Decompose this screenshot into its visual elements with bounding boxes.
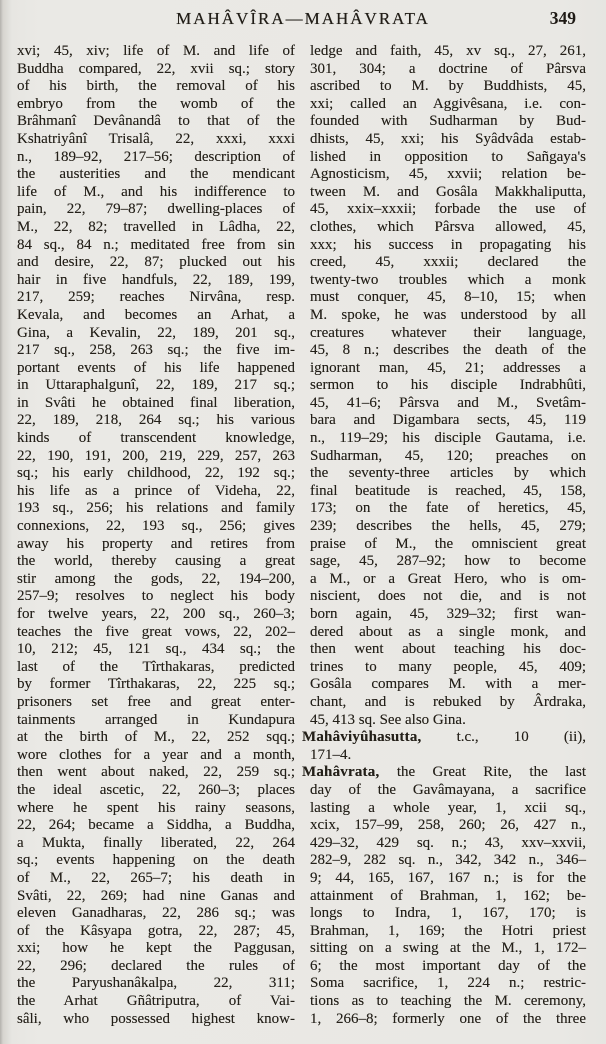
text-line: embryo from the womb of the — [17, 96, 295, 114]
text-line: portant events of his life happened — [17, 360, 295, 378]
text-line: 217, 259; reaches Nirvâna, resp. — [17, 289, 295, 307]
text-line: sq.; events happening on the death — [17, 852, 295, 870]
text-line: Agnosticism, 45, xxvii; relation be- — [310, 166, 586, 184]
text-line: 1, 266–8; formerly one of the three — [310, 1011, 586, 1029]
text-line: xvi; 45, xiv; life of M. and life of — [17, 43, 295, 61]
text-line: last of the Tîrthakaras, predicted — [17, 659, 295, 677]
text-line: sâli, who possessed highest know- — [17, 1011, 295, 1029]
text-line: 171–4. — [310, 747, 586, 765]
text-line: lasting a whole year, 1, xcii sq., — [310, 800, 586, 818]
text-line: of his birth, the removal of his — [17, 78, 295, 96]
text-line: sermon to his disciple Indrabhûti, — [310, 377, 586, 395]
text-line: of M., 22, 265–7; his death in — [17, 870, 295, 888]
text-line: kinds of transcendent knowledge, — [17, 430, 295, 448]
text-line: Soma sacrifice, 1, 224 n.; restric- — [310, 975, 586, 993]
text-line: a M., or a Great Hero, who is om- — [310, 571, 586, 589]
text-line: prisoners set free and great enter- — [17, 694, 295, 712]
text-line: final beatitude is reached, 45, 158, — [310, 483, 586, 501]
text-line: Buddha compared, 22, xvii sq.; story — [17, 61, 295, 79]
text-line: xcix, 157–99, 258, 260; 26, 427 n., — [310, 817, 586, 835]
text-line: longs to Indra, 1, 167, 170; is — [310, 905, 586, 923]
text-line: 22, 296; declared the rules of — [17, 958, 295, 976]
text-line: M., 22, 82; travelled in Lâdha, 22, — [17, 219, 295, 237]
text-line: ascribed to M. by Buddhists, 45, — [310, 78, 586, 96]
text-line: Kevala, and becomes an Arhat, a — [17, 307, 295, 325]
text-line: teaches the five great vows, 22, 202– — [17, 624, 295, 642]
text-line: Mahâvrata, the Great Rite, the last — [310, 764, 586, 782]
text-line: 84 sq., 84 n.; meditated free from sin — [17, 237, 295, 255]
text-line: ignorant man, 45, 21; addresses a — [310, 360, 586, 378]
text-line: xxi; called an Aggivêsana, i.e. con- — [310, 96, 586, 114]
text-line: 10, 212; 45, 121 sq., 434 sq.; the — [17, 641, 295, 659]
text-line: of the Kâsyapa gotra, 22, 287; 45, — [17, 923, 295, 941]
text-line: ledge and faith, 45, xv sq., 27, 261, — [310, 43, 586, 61]
text-line: xxi; how he kept the Paggusan, — [17, 940, 295, 958]
text-line: stir among the gods, 22, 194–200, — [17, 571, 295, 589]
text-line: life of M., and his indifference to — [17, 184, 295, 202]
text-line: 9; 44, 165, 167, 167 n.; is for the — [310, 870, 586, 888]
text-line: born again, 45, 329–32; first wan- — [310, 606, 586, 624]
page-number: 349 — [550, 8, 576, 29]
text-line: a Mukta, finally liberated, 22, 264 — [17, 835, 295, 853]
text-line: xxx; his success in propagating his — [310, 237, 586, 255]
text-line: the austerities and the mendicant — [17, 166, 295, 184]
text-line: tween M. and Gosâla Makkhaliputta, — [310, 184, 586, 202]
text-line: where he spent his rainy seasons, — [17, 800, 295, 818]
text-line: tainments arranged in Kundapura — [17, 712, 295, 730]
text-line: must conquer, 45, 8–10, 15; when — [310, 289, 586, 307]
text-line: founded with Sudharman by Bud- — [310, 113, 586, 131]
text-line: Kshatriyânî Trisalâ, 22, xxxi, xxxi — [17, 131, 295, 149]
column-right: ledge and faith, 45, xv sq., 27, 261,301… — [302, 43, 586, 1028]
text-line: dhists, 45, xxi; his Syâdvâda estab- — [310, 131, 586, 149]
text-line: 173; on the fate of heretics, 45, — [310, 500, 586, 518]
text-line: sage, 45, 287–92; how to become — [310, 553, 586, 571]
text-line: sitting on a swing at the M., 1, 172– — [310, 940, 586, 958]
text-line: Gosâla compares M. with a mer- — [310, 676, 586, 694]
text-line: 429–32, 429 sq. n.; 43, xxv–xxvii, — [310, 835, 586, 853]
text-line: and desire, 22, 87; plucked out his — [17, 254, 295, 272]
text-line: 45, 413 sq. See also Gina. — [310, 712, 586, 730]
text-line: 239; describes the hells, 45, 279; — [310, 518, 586, 536]
text-line: connexions, 22, 193 sq., 256; gives — [17, 518, 295, 536]
scanned-book-page: MAHÂVÎRA—MAHÂVRATA 349 xvi; 45, xiv; lif… — [0, 0, 606, 1044]
text-line: hair in five handfuls, 22, 189, 199, — [17, 272, 295, 290]
text-line: twenty-two troubles which a monk — [310, 272, 586, 290]
text-line: the world, thereby causing a great — [17, 553, 295, 571]
text-line: then went about naked, 22, 259 sq.; — [17, 764, 295, 782]
text-line: chant, and is rebuked by Ârdraka, — [310, 694, 586, 712]
text-line: Gina, a Kevalin, 22, 189, 201 sq., — [17, 325, 295, 343]
text-line: dered about as a single monk, and — [310, 624, 586, 642]
text-line: Brâhmanî Devânandâ to that of the — [17, 113, 295, 131]
text-line: day of the Gavâmayana, a sacrifice — [310, 782, 586, 800]
text-line: n., 119–29; his disciple Gautama, i.e. — [310, 430, 586, 448]
entry-headword: Mahâviyûhasutta, — [302, 729, 421, 745]
text-line: 22, 264; became a Siddha, a Buddha, — [17, 817, 295, 835]
text-line: creed, 45, xxxii; declared the — [310, 254, 586, 272]
text-line: M. spoke, he was understood by all — [310, 307, 586, 325]
text-line: Sudharman, 45, 120; preaches on — [310, 448, 586, 466]
text-line: creatures whatever their language, — [310, 325, 586, 343]
text-line: for twelve years, 22, 200 sq., 260–3; — [17, 606, 295, 624]
text-line: by former Tîrthakaras, 22, 225 sq.; — [17, 676, 295, 694]
text-line: in Uttaraphalgunî, 22, 189, 217 sq.; — [17, 377, 295, 395]
text-line: n., 189–92, 217–56; description of — [17, 149, 295, 167]
text-line: pain, 22, 79–87; dwelling-places of — [17, 201, 295, 219]
text-line: Brahman, 1, 169; the Hotri priest — [310, 923, 586, 941]
text-line: sq.; his early childhood, 22, 192 sq.; — [17, 465, 295, 483]
text-line: clothes, which Pârsva allowed, 45, — [310, 219, 586, 237]
text-line: 282–9, 282 sq. n., 342, 342 n., 346– — [310, 852, 586, 870]
text-line: niscient, does not die, and is not — [310, 588, 586, 606]
text-line: Svâti, 22, 269; had nine Ganas and — [17, 888, 295, 906]
running-head: MAHÂVÎRA—MAHÂVRATA — [0, 9, 606, 29]
text-line: tions as to teaching the M. ceremony, — [310, 993, 586, 1011]
text-line: 22, 190, 191, 200, 219, 229, 257, 263 — [17, 448, 295, 466]
text-line: 6; the most important day of the — [310, 958, 586, 976]
text-line: the Arhat Gñâtriputra, of Vai- — [17, 993, 295, 1011]
text-line: 217 sq., 258, 263 sq.; the five im- — [17, 342, 295, 360]
text-line: trines to many people, 45, 409; — [310, 659, 586, 677]
text-line: the seventy-three articles by which — [310, 465, 586, 483]
text-line: 257–9; resolves to neglect his body — [17, 588, 295, 606]
text-line: praise of M., the omniscient great — [310, 536, 586, 554]
text-line: then went about teaching his doc- — [310, 641, 586, 659]
text-line: 45, xxix–xxxii; forbade the use of — [310, 201, 586, 219]
column-left: xvi; 45, xiv; life of M. and life ofBudd… — [17, 43, 295, 1028]
text-line: wore clothes for a year and a month, — [17, 747, 295, 765]
text-line: 45, 8 n.; describes the death of the — [310, 342, 586, 360]
text-line: 45, 41–6; Pârsva and M., Svetâm- — [310, 395, 586, 413]
text-line: attainment of Brahman, 1, 162; be- — [310, 888, 586, 906]
text-line: 22, 189, 218, 264 sq.; his various — [17, 412, 295, 430]
text-line: 301, 304; a doctrine of Pârsva — [310, 61, 586, 79]
text-line: away his property and retires from — [17, 536, 295, 554]
text-line: at the birth of M., 22, 252 sqq.; — [17, 729, 295, 747]
text-line: Mahâviyûhasutta, t.c., 10 (ii), — [310, 729, 586, 747]
page-title: MAHÂVÎRA—MAHÂVRATA — [176, 9, 430, 28]
text-line: his life as a prince of Videha, 22, — [17, 483, 295, 501]
text-line: lished in opposition to Sañgaya's — [310, 149, 586, 167]
entry-headword: Mahâvrata, — [302, 764, 379, 780]
text-line: 193 sq., 256; his relations and family — [17, 500, 295, 518]
text-line: bara and Digambara sects, 45, 119 — [310, 412, 586, 430]
text-line: the ideal ascetic, 22, 260–3; places — [17, 782, 295, 800]
text-line: eleven Ganadharas, 22, 286 sq.; was — [17, 905, 295, 923]
text-line: in Svâti he obtained final liberation, — [17, 395, 295, 413]
text-line: the Paryushanâkalpa, 22, 311; — [17, 975, 295, 993]
